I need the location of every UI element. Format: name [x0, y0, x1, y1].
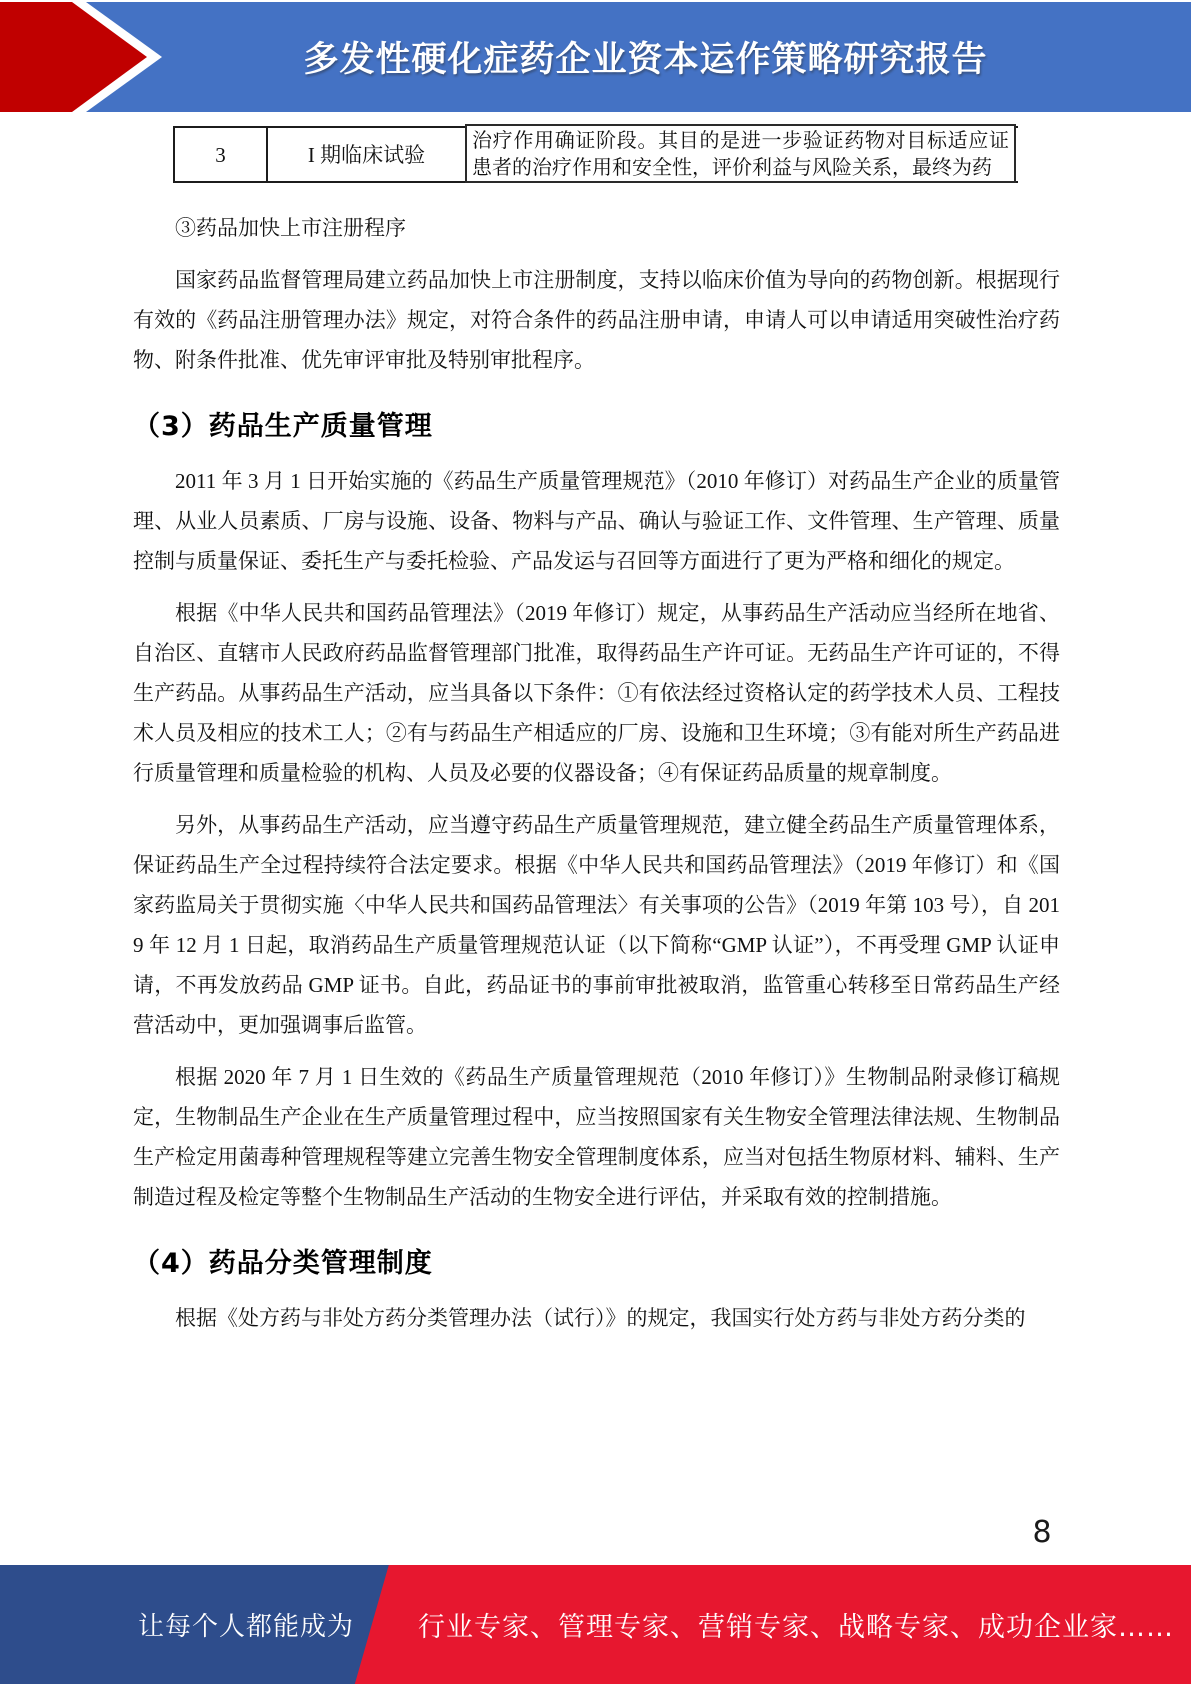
list-item-accelerated-registration: ③药品加快上市注册程序	[133, 208, 1060, 248]
table-description-text: 治疗作用确证阶段。其目的是进一步验证药物对目标适应证患者的治疗作用和安全性，评价…	[465, 124, 1016, 183]
paragraph-accelerated-registration: 国家药品监督管理局建立药品加快上市注册制度，支持以临床价值为导向的药物创新。根据…	[133, 260, 1060, 380]
paragraph-biologics-annex-2020: 根据 2020 年 7 月 1 日生效的《药品生产质量管理规范（2010 年修订…	[133, 1057, 1060, 1217]
table-cell-trial-phase: I 期临床试验	[266, 126, 467, 183]
clinical-trial-table-row: 3 I 期临床试验 治疗作用确证阶段。其目的是进一步验证药物对目标适应证患者的治…	[173, 126, 1018, 183]
paragraph-gmp-certification-cancel: 另外，从事药品生产活动，应当遵守药品生产质量管理规范，建立健全药品生产质量管理体…	[133, 805, 1060, 1045]
page-header-banner: 多发性硬化症药企业资本运作策略研究报告	[0, 2, 1191, 112]
footer-slogan-right: 行业专家、管理专家、营销专家、战略专家、成功企业家……	[418, 1565, 1171, 1684]
table-cell-row-number: 3	[173, 126, 268, 183]
footer-slogan-left: 让每个人都能成为	[138, 1565, 368, 1684]
paragraph-gmp-2011: 2011 年 3 月 1 日开始实施的《药品生产质量管理规范》（2010 年修订…	[133, 461, 1060, 581]
document-body: ③药品加快上市注册程序 国家药品监督管理局建立药品加快上市注册制度，支持以临床价…	[133, 196, 1060, 1350]
report-title: 多发性硬化症药企业资本运作策略研究报告	[160, 2, 1131, 112]
section-heading-classification: （4）药品分类管理制度	[133, 1244, 1060, 1284]
paragraph-drug-law-2019: 根据《中华人民共和国药品管理法》（2019 年修订）规定，从事药品生产活动应当经…	[133, 593, 1060, 793]
table-cell-description: 治疗作用确证阶段。其目的是进一步验证药物对目标适应证患者的治疗作用和安全性，评价…	[465, 126, 1018, 183]
page-number: 8	[1012, 1515, 1072, 1550]
section-heading-quality-management: （3）药品生产质量管理	[133, 407, 1060, 447]
paragraph-otc-classification: 根据《处方药与非处方药分类管理办法（试行）》的规定，我国实行处方药与非处方药分类…	[133, 1298, 1060, 1338]
page-footer: 让每个人都能成为 行业专家、管理专家、营销专家、战略专家、成功企业家……	[0, 1565, 1191, 1684]
